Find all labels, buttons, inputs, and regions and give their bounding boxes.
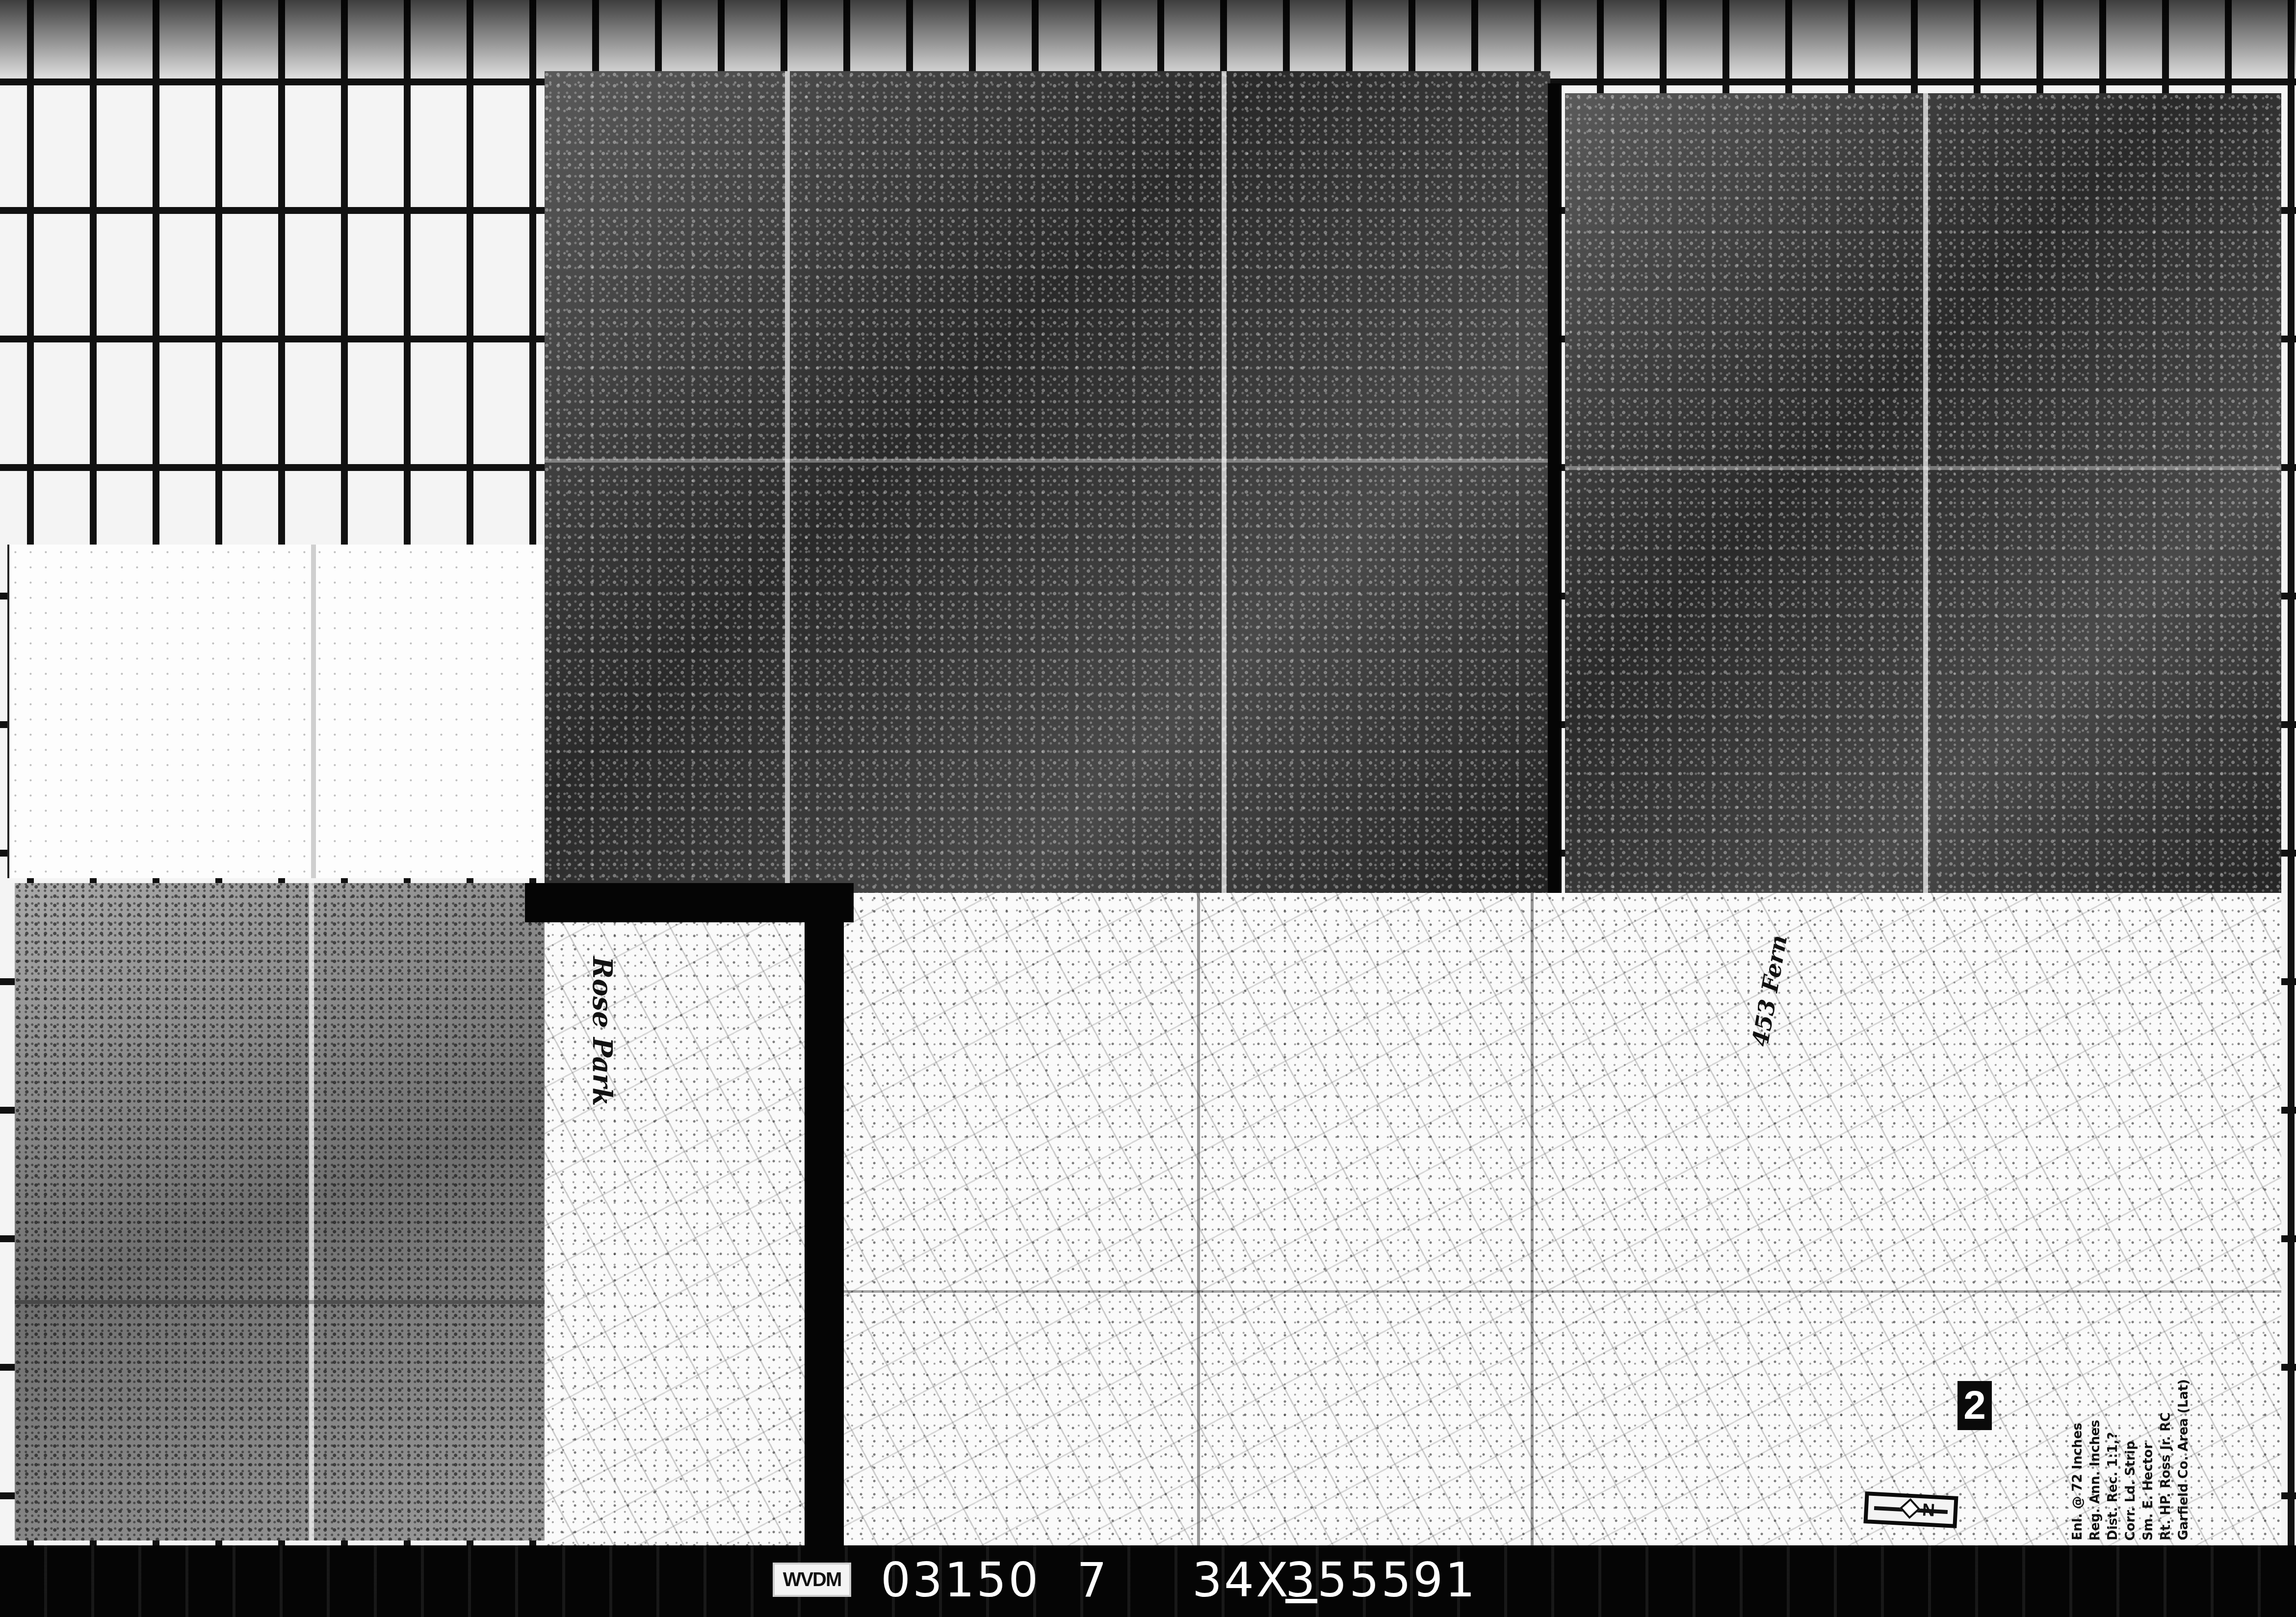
- annotation-rose-park: Rose Park: [587, 957, 618, 1106]
- film-strip: [0, 1545, 2296, 1617]
- fold-line: [15, 1300, 545, 1304]
- map-notes: Enl. @ 72 Inches Reg. Ann. Inches Dist. …: [2070, 1369, 2198, 1540]
- fold-line: [1923, 93, 1928, 922]
- note-line: Enl. @ 72 Inches: [2070, 1423, 2085, 1540]
- fold-line: [844, 1290, 2281, 1293]
- fold-line: [1531, 893, 1534, 1545]
- north-arrow-icon: N: [1863, 1491, 1958, 1528]
- aerial-photo-sheet-top-right: [1565, 93, 2281, 922]
- fold-line: [1197, 893, 1200, 1545]
- fold-line: [545, 459, 1550, 463]
- street-map-sheet-lower-right: [844, 893, 2281, 1545]
- compass-diamond: [1900, 1498, 1920, 1519]
- note-line: Rt. HP. Ross Jr. RC: [2159, 1412, 2173, 1540]
- fold-line: [1565, 466, 2281, 470]
- fold-line: [311, 545, 316, 878]
- film-frame-number: 7: [1077, 1553, 1109, 1608]
- film-roll-number: 03150: [881, 1553, 1040, 1608]
- film-serial-number: 355591: [1285, 1553, 1477, 1608]
- fold-line: [785, 71, 790, 893]
- note-line: Sm. E. Hector: [2141, 1443, 2156, 1540]
- film-serial-prefix: 3: [1285, 1553, 1317, 1608]
- frame-number-badge: 2: [1957, 1381, 1992, 1430]
- compass-letter: N: [1922, 1499, 1935, 1520]
- note-line: Corr. Ld. Strip: [2123, 1441, 2138, 1540]
- aerial-photo-sheet-top-left: [545, 71, 1550, 893]
- fold-line: [1222, 71, 1226, 893]
- note-line: Dist. Rec. 1:1,?: [2106, 1432, 2120, 1540]
- film-serial-rest: 55591: [1317, 1553, 1477, 1608]
- film-scale: 34X: [1192, 1553, 1290, 1608]
- note-line: Garfield Co. Area (Lat): [2176, 1379, 2191, 1540]
- fold-line: [309, 883, 314, 1540]
- blank-sheet-upper-left: [7, 545, 545, 878]
- sheet-seam: [1548, 83, 1562, 917]
- film-label: WVDM: [773, 1563, 851, 1597]
- street-map-sheet-lower-center: [545, 917, 809, 1545]
- frame-border-side: [805, 883, 844, 1545]
- note-line: Reg. Ann. Inches: [2088, 1420, 2103, 1540]
- aerial-photo-sheet-lower-left: [15, 883, 545, 1540]
